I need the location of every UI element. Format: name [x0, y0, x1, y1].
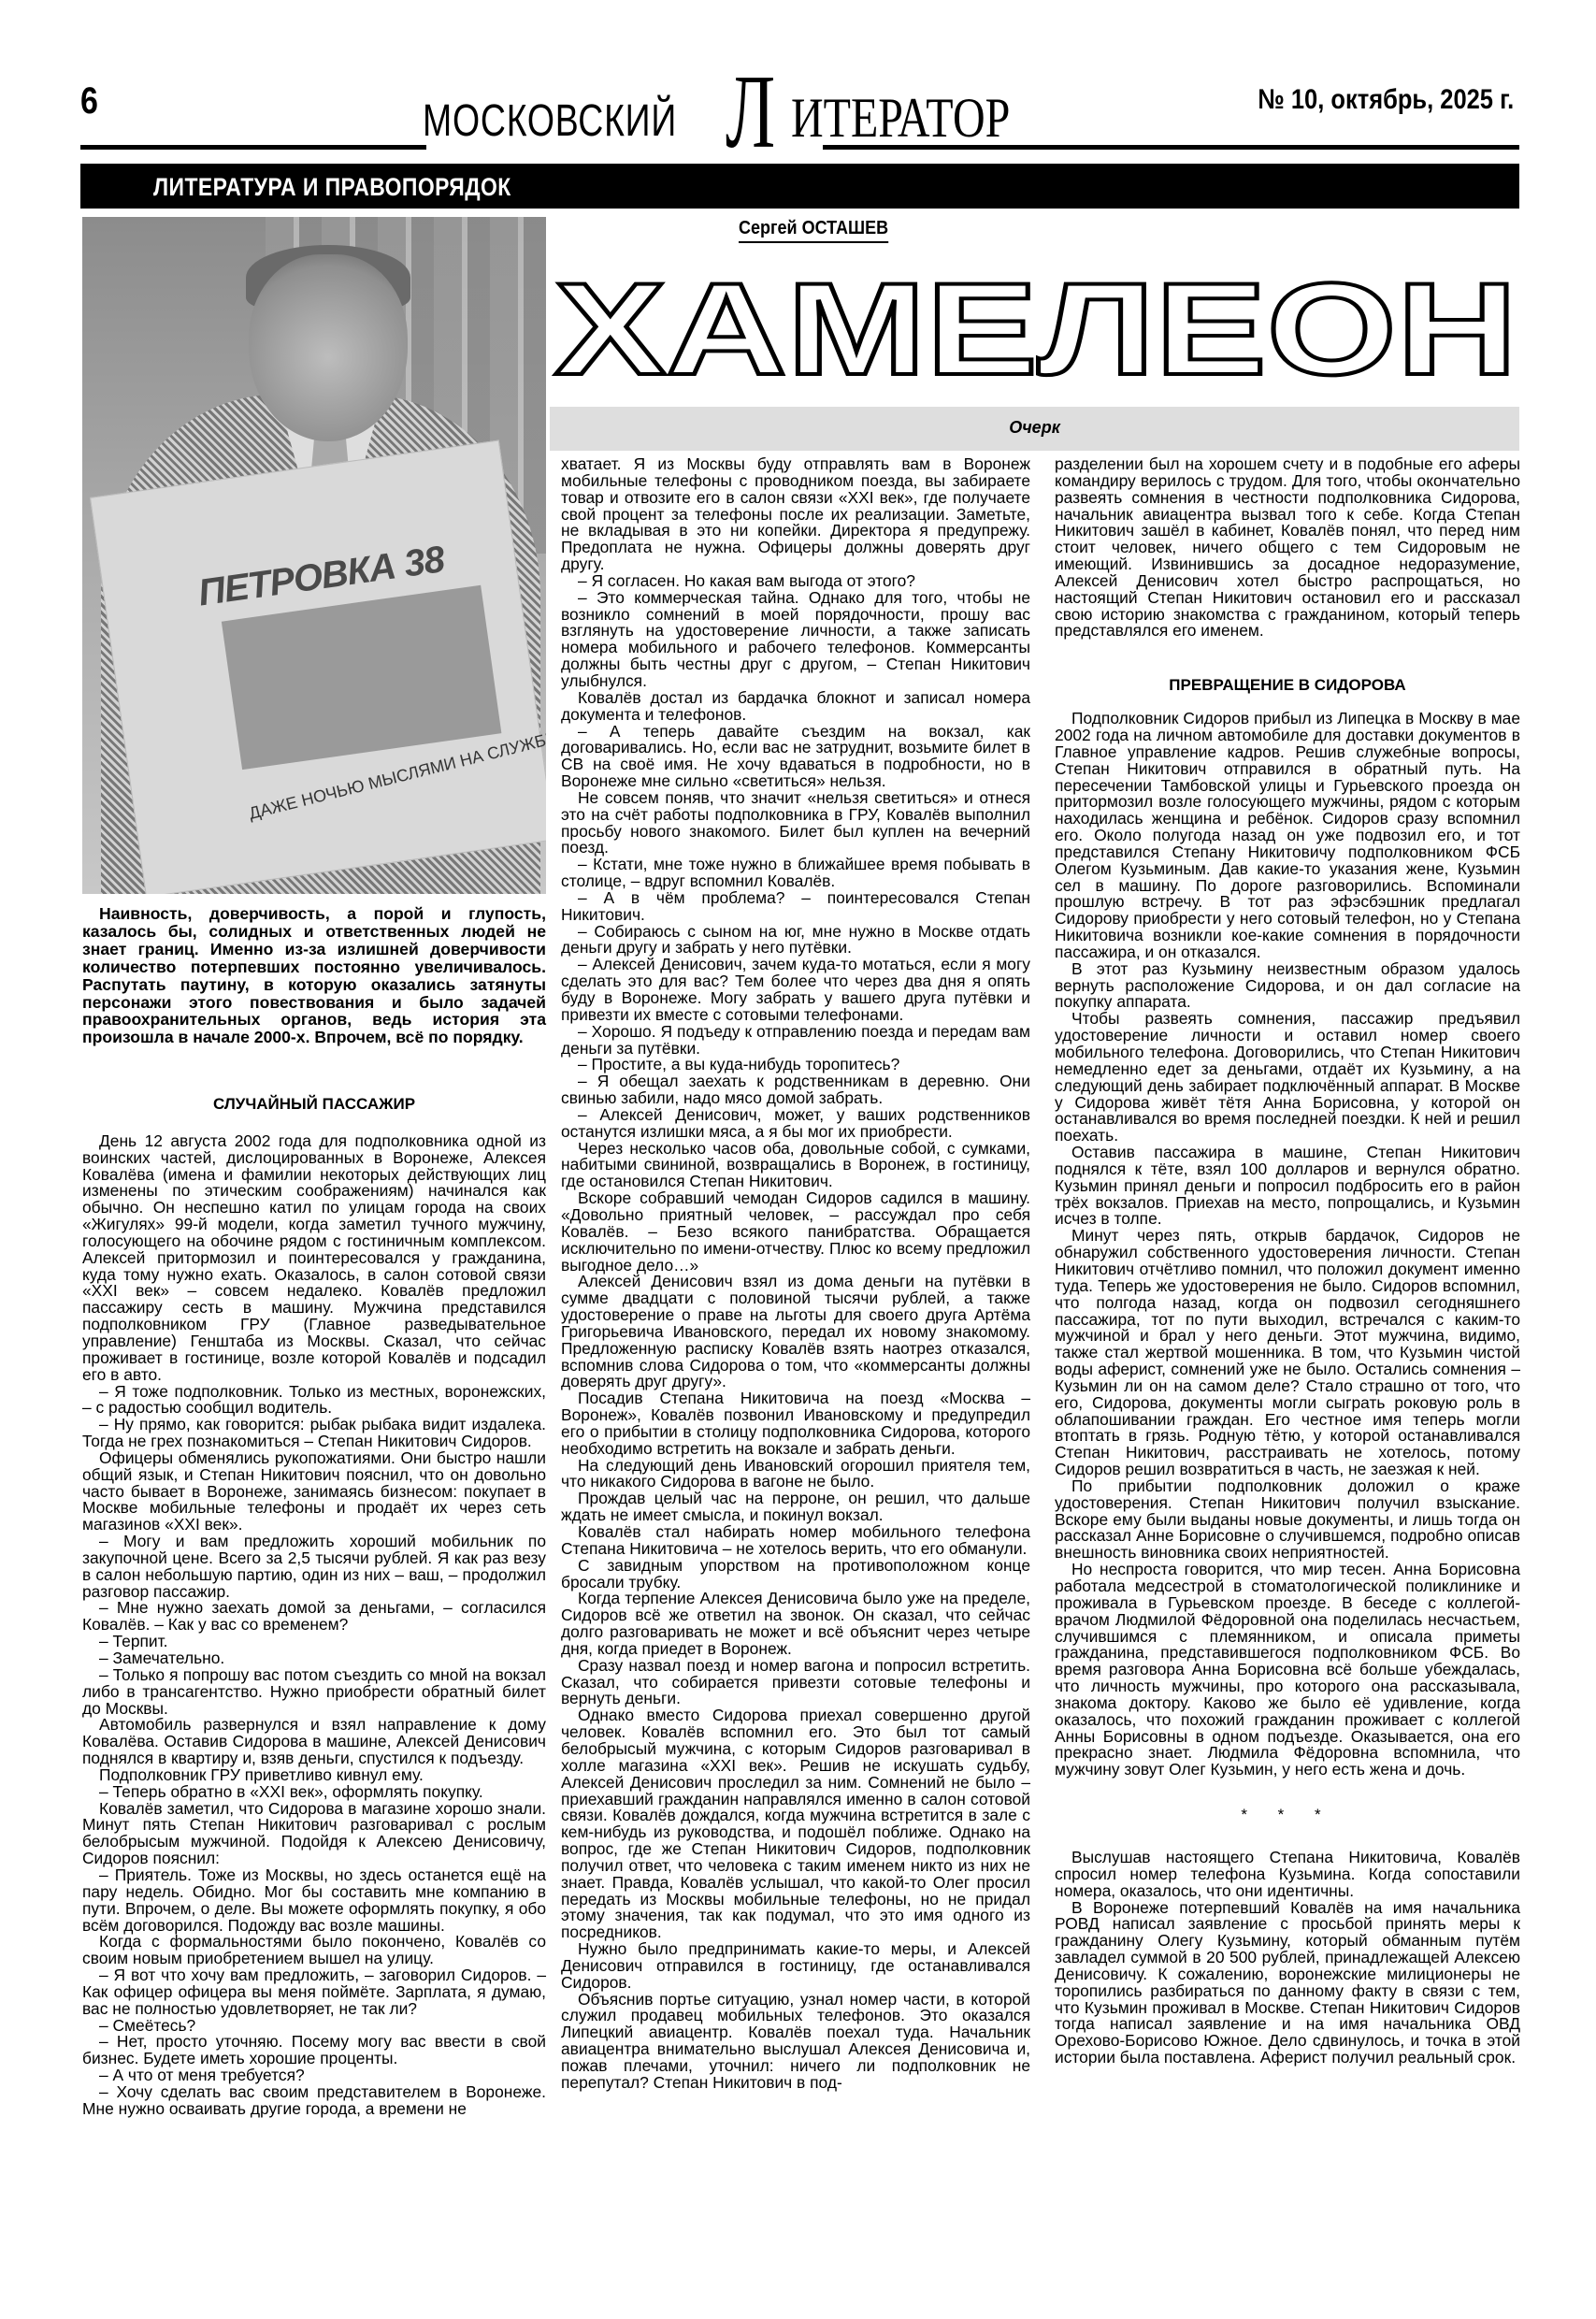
article-paragraph: – Я обещал заехать к родственникам в дер…: [561, 1073, 1030, 1107]
header-rule-right: [823, 145, 1519, 150]
article-paragraph: – Хорошо. Я подъеду к отправлению поезда…: [561, 1024, 1030, 1058]
article-paragraph: Оставив пассажира в машине, Степан Никит…: [1055, 1145, 1520, 1228]
article-paragraph: Когда с формальностями было покончено, К…: [82, 1934, 546, 1967]
article-paragraph: Чтобы развеять сомнения, пассажир предъя…: [1055, 1011, 1520, 1145]
article-paragraph: – Хочу сделать вас своим представителем …: [82, 2084, 546, 2118]
article-paragraph: – Нет, просто уточняю. Посему могу вас в…: [82, 2034, 546, 2067]
article-paragraph: Не совсем поняв, что значит «нельзя свет…: [561, 790, 1030, 857]
article-paragraph: Прождав целый час на перроне, он решил, …: [561, 1491, 1030, 1524]
masthead-initial: Л: [726, 68, 771, 157]
article-title-outline: ХАМЕЛЕОН: [550, 273, 1522, 381]
issue-info: № 10, октябрь, 2025 г.: [1258, 84, 1514, 116]
article-paragraph: На следующий день Ивановский огорошил пр…: [561, 1458, 1030, 1491]
article-paragraph: С завидным упорством на противоположном …: [561, 1558, 1030, 1592]
article-paragraph: – Алексей Денисович, зачем куда-то мотат…: [561, 957, 1030, 1023]
section-bar: ЛИТЕРАТУРА И ПРАВОПОРЯДОК: [80, 164, 1519, 209]
section-title: ЛИТЕРАТУРА И ПРАВОПОРЯДОК: [153, 173, 511, 202]
article-paragraph: – Я тоже подполковник. Только из местных…: [82, 1384, 546, 1418]
article-paragraph: Ковалёв заметил, что Сидорова в магазине…: [82, 1801, 546, 1867]
article-paragraph: Сразу назвал поезд и номер вагона и попр…: [561, 1658, 1030, 1708]
article-genre: Очерк: [550, 418, 1519, 438]
article-paragraph: – Ну прямо, как говорится: рыбак рыбака …: [82, 1417, 546, 1450]
page-number: 6: [80, 80, 98, 122]
article-paragraph: Подполковник Сидоров прибыл из Липецка в…: [1055, 711, 1520, 961]
svg-text:ХАМЕЛЕОН: ХАМЕЛЕОН: [554, 273, 1517, 381]
article-paragraph: Но неспроста говорится, что мир тесен. А…: [1055, 1562, 1520, 1779]
header-rule-left: [80, 145, 426, 150]
article-paragraph: Нужно было предпринимать какие-то меры, …: [561, 1941, 1030, 1992]
article-paragraph: – А в чём проблема? – поинтересовался Ст…: [561, 890, 1030, 924]
article-paragraph: – Мне нужно заехать домой за деньгами, –…: [82, 1600, 546, 1634]
column-2: хватает. Я из Москвы буду отправлять вам…: [561, 456, 1030, 2092]
article-paragraph: Офицеры обменялись рукопожатиями. Они бы…: [82, 1450, 546, 1534]
section-separator: * * *: [1055, 1807, 1520, 1823]
subheading-transformation: ПРЕВРАЩЕНИЕ В СИДОРОВА: [1055, 677, 1520, 694]
article-paragraph: Автомобиль развернулся и взял направлени…: [82, 1717, 546, 1767]
article-paragraph: По прибытии подполковник доложил о краже…: [1055, 1478, 1520, 1562]
article-author: Сергей ОСТАШЕВ: [739, 218, 888, 243]
photo-newspaper: ПЕТРОВКА 38 ДАЖЕ НОЧЬЮ МЫСЛЯМИ НА СЛУЖБЕ: [90, 439, 546, 894]
column-1: СЛУЧАЙНЫЙ ПАССАЖИР День 12 августа 2002 …: [82, 1096, 546, 2118]
article-lead: Наивность, доверчивость, а порой и глупо…: [82, 905, 546, 1046]
article-paragraph: – Я вот что хочу вам предложить, – загов…: [82, 1967, 546, 2018]
article-paragraph: – Кстати, мне тоже нужно в ближайшее вре…: [561, 857, 1030, 890]
photo-newspaper-image: [222, 585, 502, 770]
genre-bar: Очерк: [550, 407, 1519, 451]
photo-face: [249, 254, 408, 441]
masthead-prefix: МОСКОВСКИЙ: [423, 99, 663, 144]
article-paragraph: Через несколько часов оба, довольные соб…: [561, 1141, 1030, 1191]
article-paragraph: Однако вместо Сидорова приехал совершенн…: [561, 1707, 1030, 1941]
article-paragraph: Вскоре собравший чемодан Сидоров садился…: [561, 1190, 1030, 1274]
article-paragraph: – Теперь обратно в «XXI век», оформлять …: [82, 1784, 546, 1801]
article-paragraph: – Только я попрошу вас потом съездить со…: [82, 1667, 546, 1718]
article-paragraph: Минут через пять, открыв бардачок, Сидор…: [1055, 1228, 1520, 1478]
article-paragraph: – Могу и вам предложить хороший мобильни…: [82, 1534, 546, 1600]
article-paragraph: Выслушав настоящего Степана Никитовича, …: [1055, 1850, 1520, 1900]
article-paragraph: День 12 августа 2002 года для подполковн…: [82, 1133, 546, 1384]
masthead-rest: ИТЕРАТОР: [791, 90, 1010, 146]
article-paragraph: В этот раз Кузьмину неизвестным образом …: [1055, 961, 1520, 1012]
article-paragraph: Когда терпение Алексея Денисовича было у…: [561, 1591, 1030, 1657]
article-paragraph: Объяснив портье ситуацию, узнал номер ча…: [561, 1992, 1030, 2092]
article-paragraph: Ковалёв стал набирать номер мобильного т…: [561, 1524, 1030, 1558]
column-3: разделении был на хорошем счету и в подо…: [1055, 456, 1520, 2067]
article-paragraph: хватает. Я из Москвы буду отправлять вам…: [561, 456, 1030, 573]
article-paragraph: В Воронеже потерпевший Ковалёв на имя на…: [1055, 1900, 1520, 2067]
article-paragraph: разделении был на хорошем счету и в подо…: [1055, 456, 1520, 640]
article-paragraph: – Алексей Денисович, может, у ваших родс…: [561, 1107, 1030, 1141]
article-paragraph: Ковалёв достал из бардачка блокнот и зап…: [561, 690, 1030, 724]
article-paragraph: Посадив Степана Никитовича на поезд «Мос…: [561, 1390, 1030, 1457]
subheading-random-passenger: СЛУЧАЙНЫЙ ПАССАЖИР: [82, 1096, 546, 1113]
article-paragraph: – А теперь давайте съездим на вокзал, ка…: [561, 724, 1030, 790]
article-paragraph: Алексей Денисович взял из дома деньги на…: [561, 1274, 1030, 1390]
article-paragraph: – Собираюсь с сыном на юг, мне нужно в М…: [561, 924, 1030, 958]
article-paragraph: – Это коммерческая тайна. Однако для тог…: [561, 590, 1030, 690]
article-paragraph: – Приятель. Тоже из Москвы, но здесь ост…: [82, 1867, 546, 1934]
article-title: ХАМЕЛЕОН: [550, 273, 1522, 381]
author-photo: ПЕТРОВКА 38 ДАЖЕ НОЧЬЮ МЫСЛЯМИ НА СЛУЖБЕ: [82, 217, 546, 894]
